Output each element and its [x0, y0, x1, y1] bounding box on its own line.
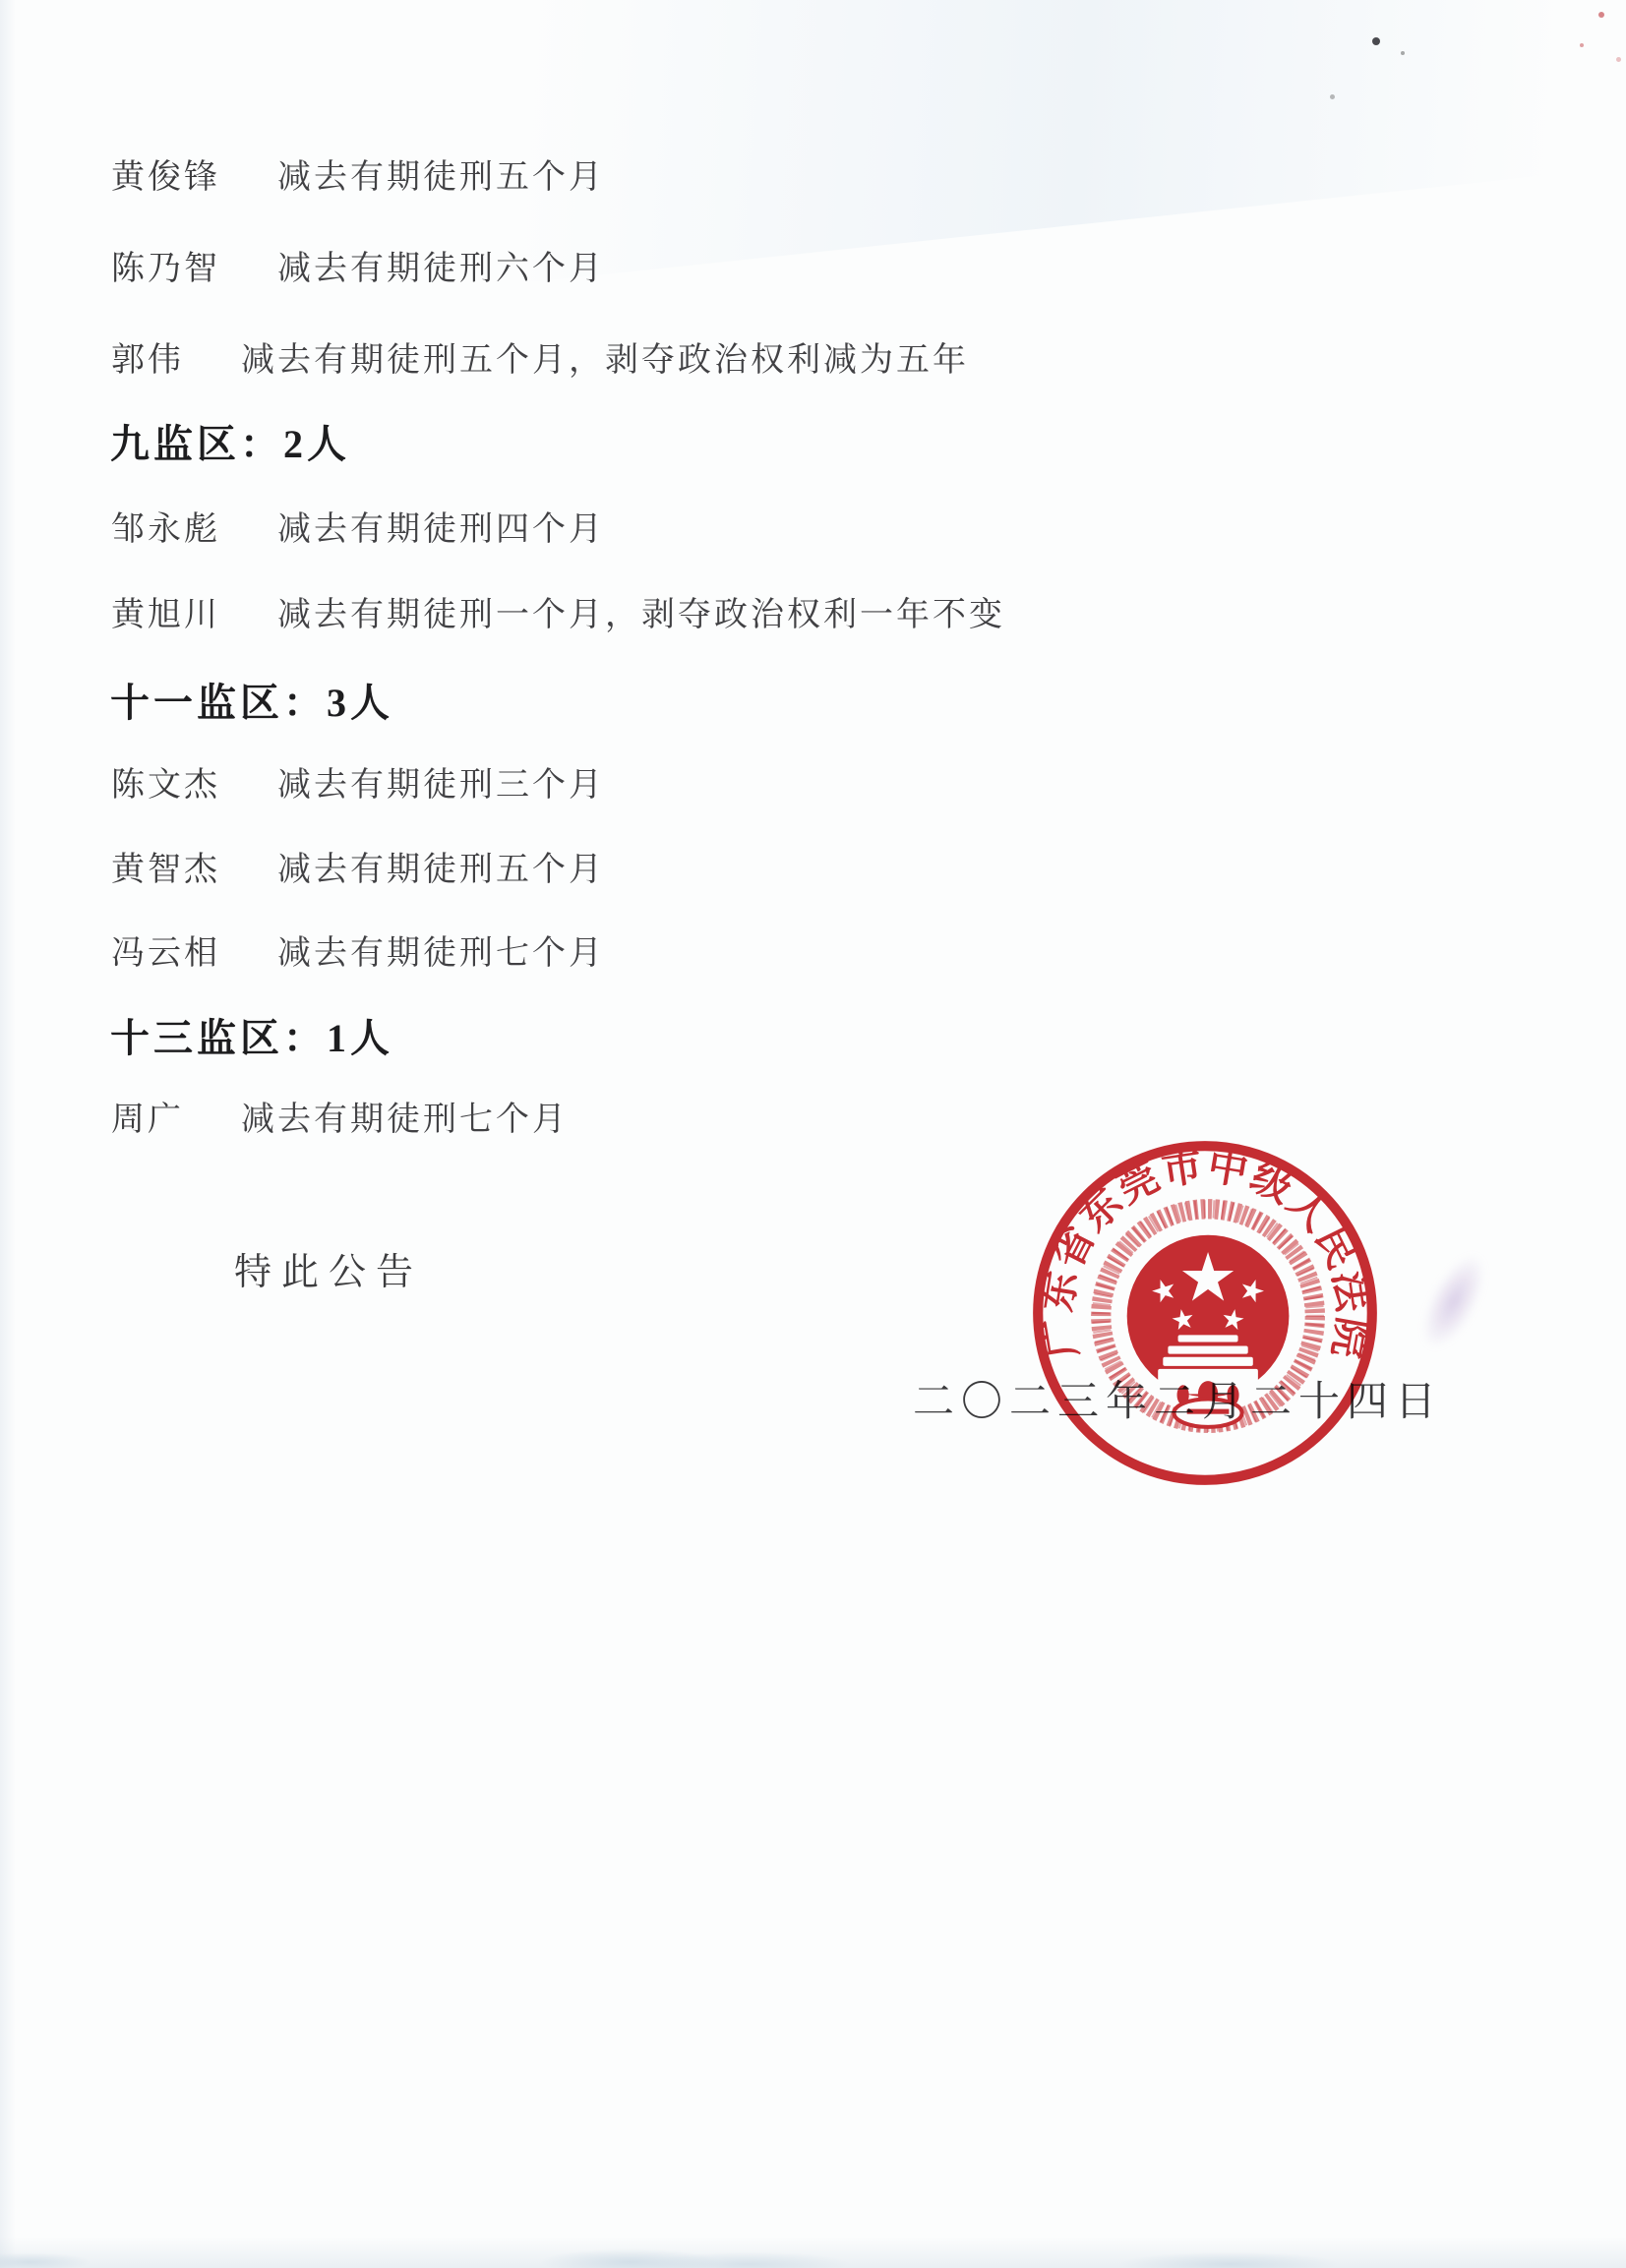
scan-speck: [1401, 51, 1405, 55]
inmate-entry: 黄智杰 减去有期徒刑五个月: [111, 842, 605, 890]
inmate-name: 冯云相: [111, 925, 220, 974]
scan-speck: [1616, 57, 1621, 62]
inmate-name: 陈乃智: [111, 241, 220, 289]
sentence-reduction-text: 减去有期徒刑五个月: [277, 842, 605, 890]
scan-edge-shadow: [0, 0, 16, 2268]
inmate-name: 黄俊锋: [111, 149, 220, 198]
inmate-name: 邹永彪: [111, 502, 220, 550]
sentence-reduction-text: 减去有期徒刑七个月: [277, 925, 605, 974]
closing-statement: 特此公告: [234, 1241, 423, 1295]
ward-section-header: 十三监区：1人: [110, 1007, 393, 1063]
inmate-entry: 黄旭川 减去有期徒刑一个月，剥夺政治权利一年不变: [111, 587, 1005, 635]
scan-speck: [1580, 43, 1584, 47]
sentence-reduction-text: 减去有期徒刑三个月: [277, 757, 605, 806]
inmate-name: 黄旭川: [111, 587, 220, 635]
sentence-reduction-text: 减去有期徒刑六个月: [277, 241, 605, 289]
scanned-court-announcement-page: 黄俊锋 减去有期徒刑五个月 陈乃智 减去有期徒刑六个月 郭伟 减去有期徒刑五个月…: [0, 0, 1626, 2268]
court-seal: 广东省东莞市中级人民法院: [1025, 1133, 1385, 1493]
sentence-reduction-text: 减去有期徒刑七个月: [241, 1092, 569, 1140]
ward-section-header: 十一监区：3人: [110, 672, 393, 728]
scan-speck: [1598, 12, 1604, 18]
scan-speck: [1330, 94, 1335, 99]
scan-bottom-edge: [0, 2237, 1626, 2268]
emblem-ribbon: [1174, 1399, 1241, 1426]
sentence-reduction-text: 减去有期徒刑一个月，剥夺政治权利一年不变: [277, 587, 1005, 635]
scan-speck: [1372, 37, 1380, 45]
inmate-name: 周广: [111, 1092, 184, 1140]
inmate-entry: 冯云相 减去有期徒刑七个月: [111, 925, 605, 974]
inmate-name: 黄智杰: [111, 842, 220, 890]
ink-smudge: [1376, 1213, 1533, 1389]
sentence-reduction-text: 减去有期徒刑四个月: [277, 502, 605, 550]
inmate-entry: 陈乃智 减去有期徒刑六个月: [111, 241, 605, 289]
inmate-entry: 黄俊锋 减去有期徒刑五个月: [111, 149, 605, 198]
inmate-entry: 周广 减去有期徒刑七个月: [111, 1092, 569, 1140]
inmate-name: 郭伟: [111, 332, 184, 381]
ward-section-header: 九监区：2人: [110, 413, 350, 469]
inmate-entry: 陈文杰 减去有期徒刑三个月: [111, 757, 605, 806]
inmate-name: 陈文杰: [111, 757, 220, 806]
sentence-reduction-text: 减去有期徒刑五个月: [277, 149, 605, 198]
inmate-entry: 郭伟 减去有期徒刑五个月，剥夺政治权利减为五年: [111, 332, 969, 381]
inmate-entry: 邹永彪 减去有期徒刑四个月: [111, 502, 605, 550]
sentence-reduction-text: 减去有期徒刑五个月，剥夺政治权利减为五年: [241, 332, 969, 381]
